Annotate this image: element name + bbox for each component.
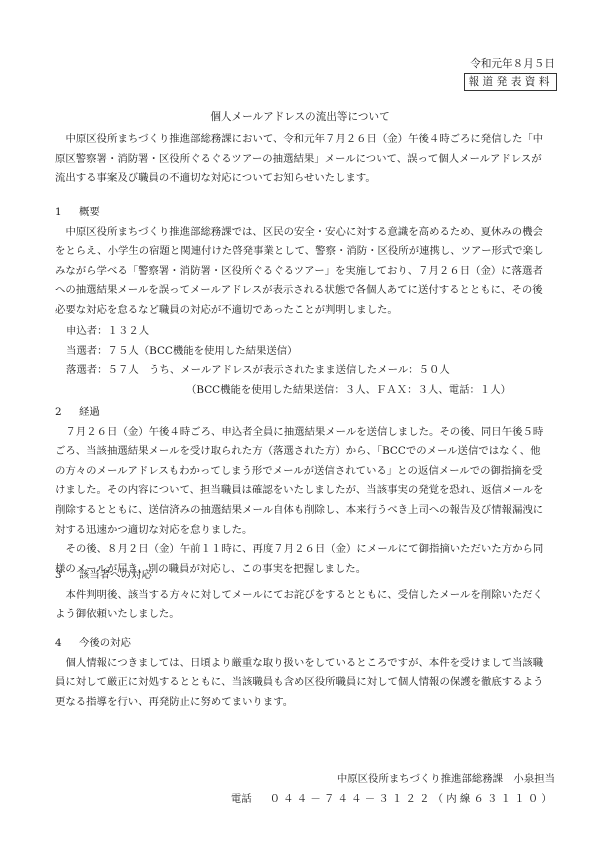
paragraph-line: をとらえ、小学生の宿題と関連付けた啓発事業として、警察・消防・区役所が連携し、ツ… xyxy=(55,242,560,262)
section-heading: 3該当者への対応 xyxy=(55,566,560,586)
paragraph-line: 対する迅速かつ適切な対応を怠りました。 xyxy=(55,521,560,541)
paragraph-line: への抽選結果メールを誤ってメールアドレスが表示される状態で各個人あてに送付すると… xyxy=(55,281,560,301)
section-title: 今後の対応 xyxy=(79,637,131,649)
paragraph-line: 必要な対応を怠るなど職員の対応が不適切であったことが判明しました。 xyxy=(55,301,560,321)
section-future-actions: 4今後の対応 個人情報につきましては、日頃より厳重な取り扱いをしているところです… xyxy=(55,634,560,712)
section-title: 該当者への対応 xyxy=(79,569,152,581)
paragraph-line: よう御依頼いたしました。 xyxy=(55,605,560,625)
paragraph-line: 削除するとともに、送信済みの抽選結果メール自体も削除し、本来行うべき上司への報告… xyxy=(55,501,560,521)
intro-paragraph: 中原区役所まちづくり推進部総務課において、令和元年７月２６日（金）午後４時ごろに… xyxy=(55,130,560,189)
section-heading: 4今後の対応 xyxy=(55,634,560,654)
paragraph-line: ごろ、当該抽選結果メールを受け取られた方（落選された方）から、「BCCでのメール… xyxy=(55,442,560,462)
contact-info: 中原区役所まちづくり推進部総務課 小泉担当 電話０４４－７４４－３１２２（内線６… xyxy=(231,770,555,809)
phone-label: 電話 xyxy=(231,790,252,810)
paragraph-line: の方々のメールアドレスもわかってしまう形でメールが送信されている」との返信メール… xyxy=(55,462,560,482)
stat-applicants: 申込者：１３２人 xyxy=(66,322,511,342)
release-date: 令和元年８月５日 xyxy=(470,56,555,71)
paragraph-line: みながら学べる「警察署・消防署・区役所ぐるぐるツアー」を実施しており、７月２６日… xyxy=(55,262,560,282)
paragraph-line: 更なる指導を行い、再発防止に努めてまいります。 xyxy=(55,693,560,713)
section-timeline: 2経過 ７月２６日（金）午後４時ごろ、申込者全員に抽選結果メールを送信しました。… xyxy=(55,403,560,579)
contact-phone-line: 電話０４４－７４４－３１２２（内線６３１１０） xyxy=(231,790,555,810)
contact-department: 中原区役所まちづくり推進部総務課 小泉担当 xyxy=(231,770,555,790)
section-heading: 1概要 xyxy=(55,203,560,223)
section-number: 4 xyxy=(55,634,79,654)
paragraph-line: 中原区役所まちづくり推進部総務課において、令和元年７月２６日（金）午後４時ごろに… xyxy=(55,130,560,150)
document-title: 個人メールアドレスの流出等について xyxy=(0,109,600,124)
paragraph-line: 個人情報につきましては、日頃より厳重な取り扱いをしているところですが、本件を受け… xyxy=(55,654,560,674)
paragraph-line: ７月２６日（金）午後４時ごろ、申込者全員に抽選結果メールを送信しました。その後、… xyxy=(55,423,560,443)
section-number: 2 xyxy=(55,403,79,423)
paragraph-line: 員に対して厳正に対処するとともに、当該職員も含め区役所職員に対して個人情報の保護… xyxy=(55,673,560,693)
press-release-page: 令和元年８月５日 報道発表資料 個人メールアドレスの流出等について 中原区役所ま… xyxy=(0,0,600,849)
stat-winners: 当選者：７５人（BCC機能を使用した結果送信） xyxy=(66,342,511,362)
section-number: 3 xyxy=(55,566,79,586)
section-response-to-affected: 3該当者への対応 本件判明後、該当する方々に対してメールにてお詫びをするとともに… xyxy=(55,566,560,625)
section-heading: 2経過 xyxy=(55,403,560,423)
paragraph-line: けました。その内容について、担当職員は確認をいたしましたが、当該事実の発覚を恐れ… xyxy=(55,481,560,501)
section-overview: 1概要 中原区役所まちづくり推進部総務課では、区民の安全・安心に対する意識を高め… xyxy=(55,203,560,321)
applicant-stats: 申込者：１３２人 当選者：７５人（BCC機能を使用した結果送信） 落選者：５７人… xyxy=(66,322,511,400)
paragraph-line: 原区警察署・消防署・区役所ぐるぐるツアーの抽選結果」メールについて、誤って個人メ… xyxy=(55,150,560,170)
section-title: 経過 xyxy=(79,406,100,418)
section-title: 概要 xyxy=(79,206,100,218)
phone-number: ０４４－７４４－３１２２（内線６３１１０） xyxy=(270,793,555,805)
stat-non-winners: 落選者：５７人 うち、メールアドレスが表示されたまま送信したメール：５０人 xyxy=(66,361,511,381)
paragraph-line: 中原区役所まちづくり推進部総務課では、区民の安全・安心に対する意識を高めるため、… xyxy=(55,223,560,243)
paragraph-line: 流出する事案及び職員の不適切な対応についてお知らせいたします。 xyxy=(55,169,560,189)
section-number: 1 xyxy=(55,203,79,223)
stat-non-winners-detail: （BCC機能を使用した結果送信：３人、ＦＡＸ：３人、電話：１人） xyxy=(66,381,511,401)
paragraph-line: 本件判明後、該当する方々に対してメールにてお詫びをするとともに、受信したメールを… xyxy=(55,586,560,606)
paragraph-line: その後、８月２日（金）午前１１時に、再度７月２６日（金）にメールにて御指摘いただ… xyxy=(55,540,560,560)
press-release-badge: 報道発表資料 xyxy=(464,73,557,91)
